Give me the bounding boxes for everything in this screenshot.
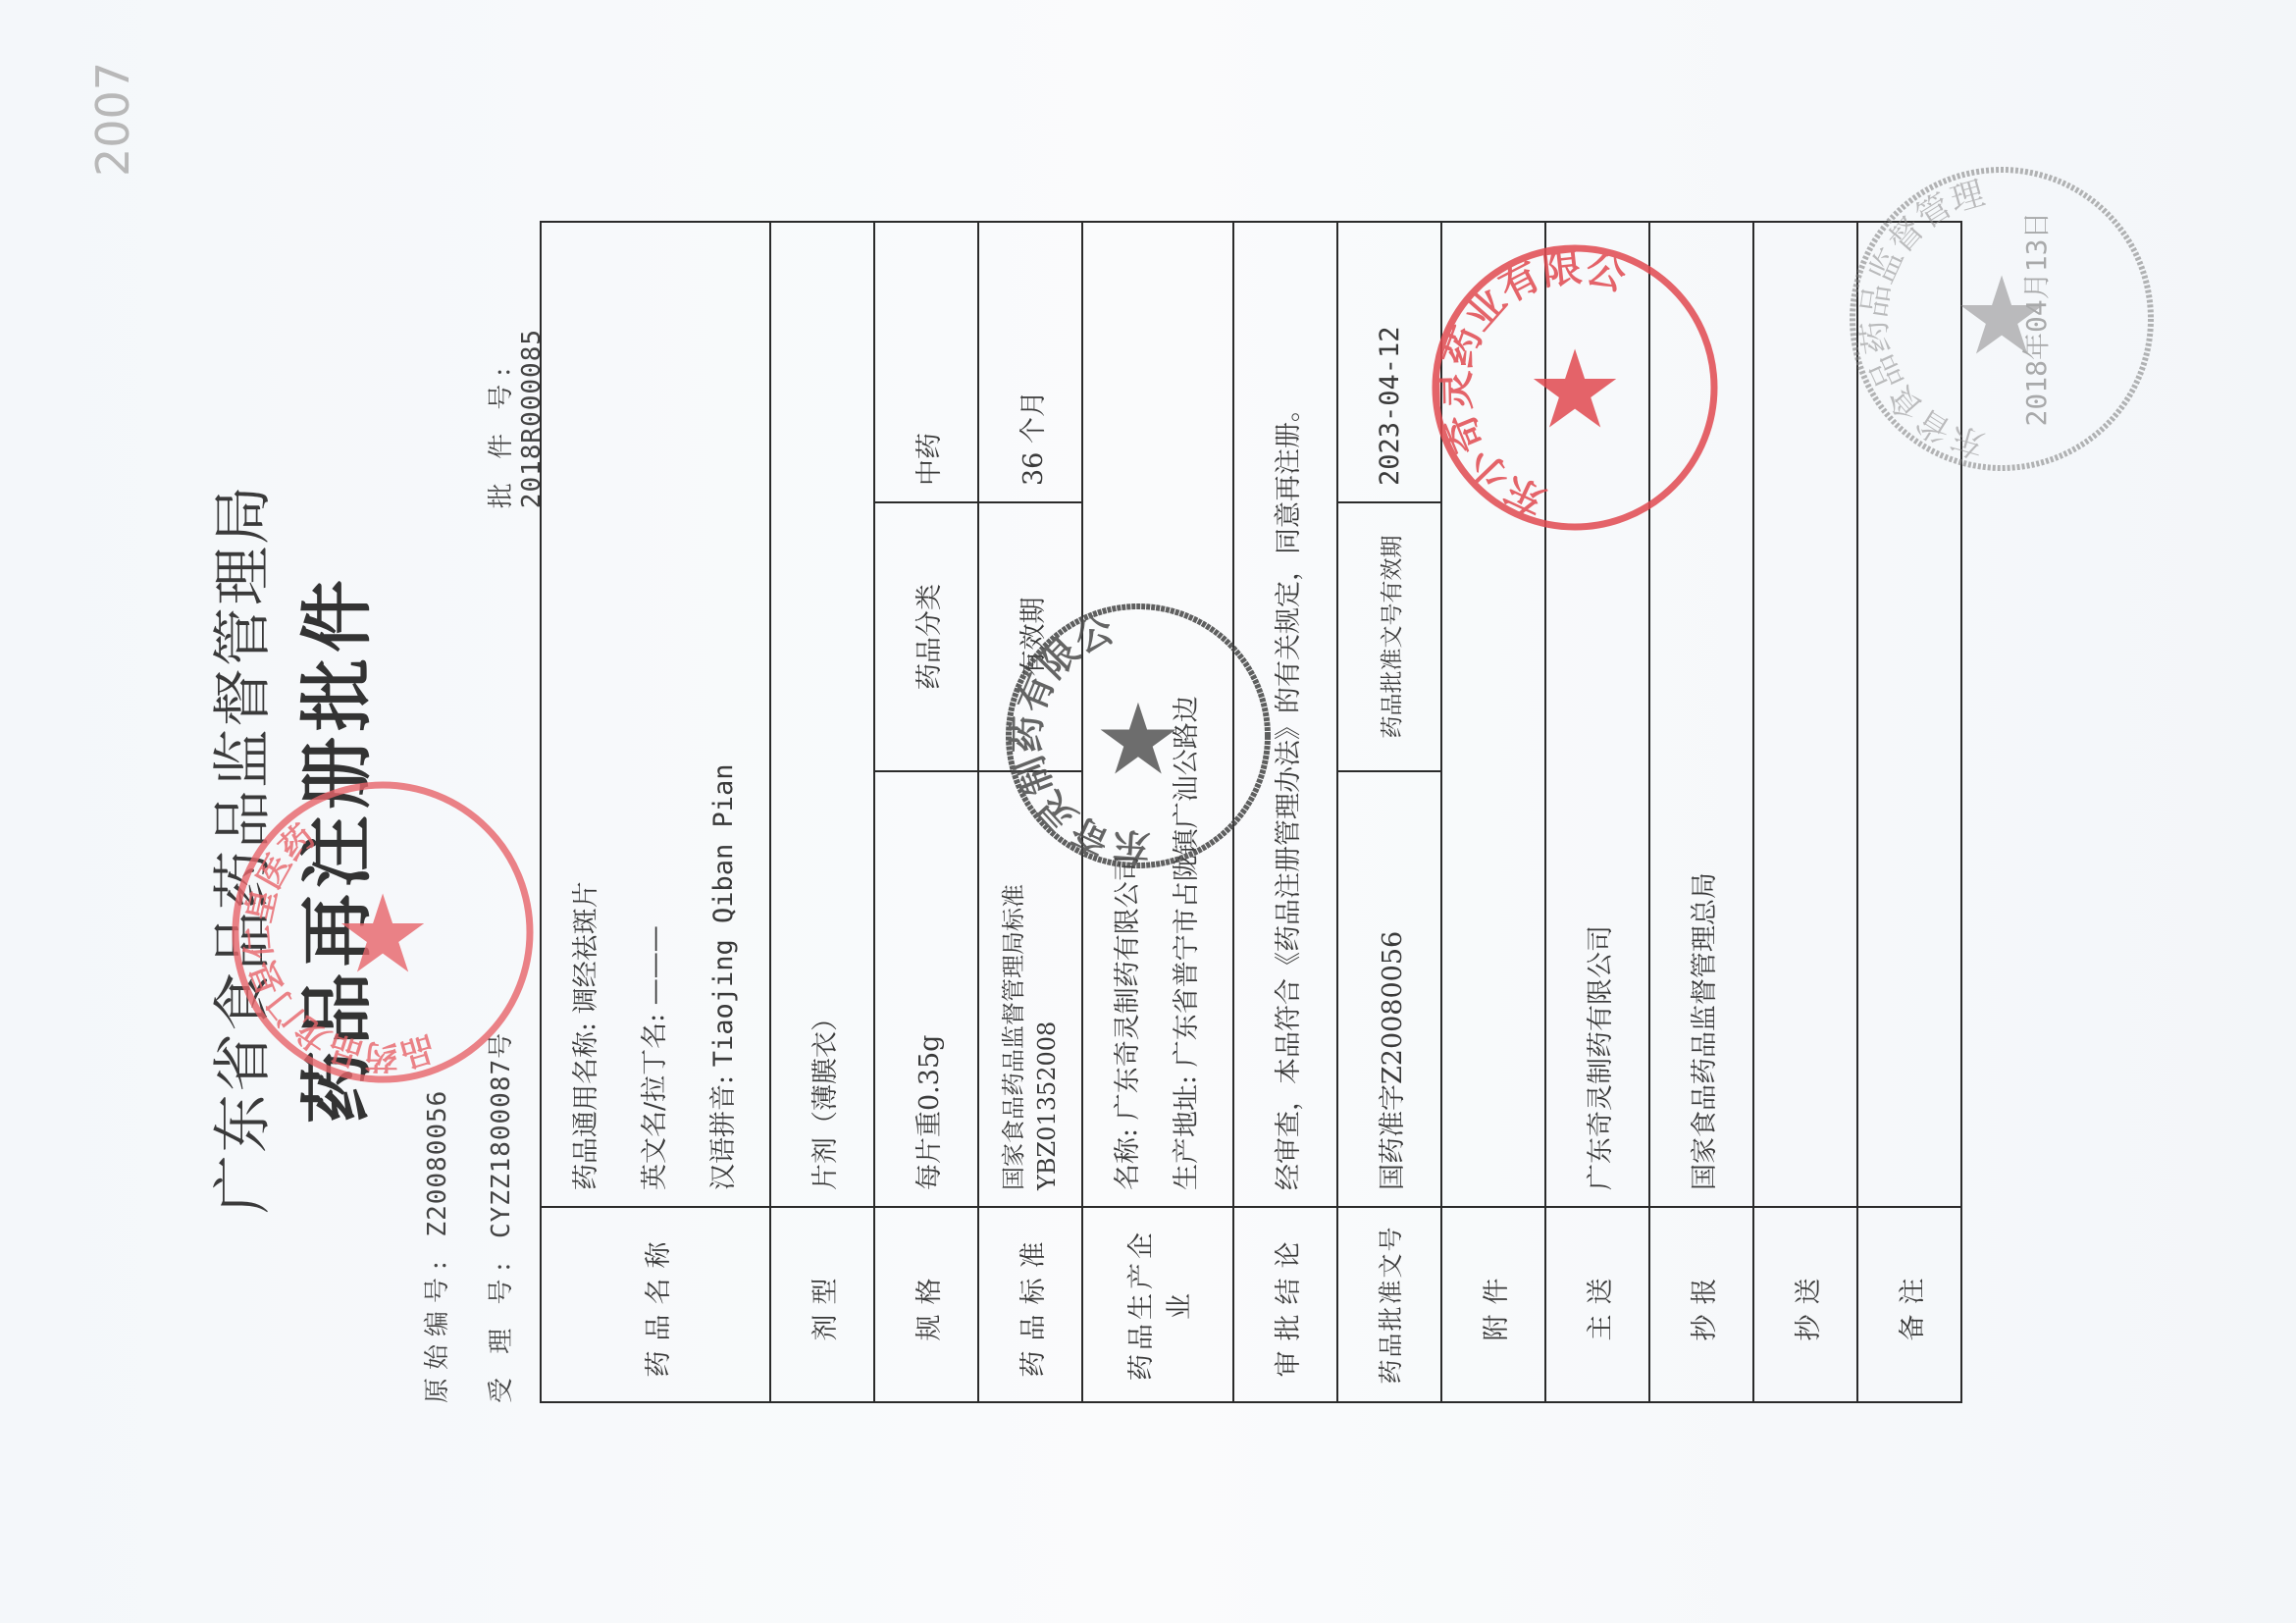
svg-text:2018年04月13日: 2018年04月13日 bbox=[2020, 212, 2053, 427]
approval-number: 批 件 号: 2018R000085 bbox=[481, 329, 547, 508]
specification: 每片重0.35g bbox=[875, 772, 977, 1206]
svg-text:★: ★ bbox=[1527, 327, 1624, 452]
company-seal-gray: 广东奇灵制药有限公司 ★ bbox=[1001, 599, 1276, 873]
svg-text:★: ★ bbox=[1094, 682, 1182, 797]
row-label: 药品名称 bbox=[541, 1207, 770, 1402]
manufacturer-name: 广东奇灵制药有限公司 bbox=[1113, 855, 1143, 1120]
table-row: 剂型 片剂（薄膜衣） bbox=[770, 222, 874, 1402]
generic-name: 调经祛斑片 bbox=[571, 881, 601, 1014]
company-seal-red: 广东小奇灵药业有限公司 ★ bbox=[1428, 240, 1722, 535]
distributor-seal-red: 广东省食品药品龙门县仁皇医药有限公司 ★ bbox=[226, 775, 540, 1089]
dosage-form: 片剂（薄膜衣） bbox=[770, 222, 874, 1207]
drug-category: 中药 bbox=[875, 223, 977, 501]
approval-valid-until: 2023-04-12 bbox=[1338, 223, 1440, 501]
handwritten-note: 2007 bbox=[49, 88, 177, 177]
pinyin-name: Tiaojing Qiban Pian bbox=[708, 763, 739, 1067]
row-value: 药品通用名称: 调经祛斑片 英文名/拉丁名: ——— 汉语拼音: Tiaojin… bbox=[541, 222, 770, 1207]
table-row: 药品名称 药品通用名称: 调经祛斑片 英文名/拉丁名: ——— 汉语拼音: Ti… bbox=[541, 222, 770, 1402]
shelf-life: 36 个月 bbox=[979, 223, 1081, 501]
table-row: 规格 每片重0.35g 药品分类 中药 bbox=[874, 222, 978, 1402]
approval-number-value: 国药准字Z20080056 bbox=[1338, 772, 1440, 1206]
table-row: 抄送 bbox=[1753, 222, 1857, 1402]
official-seal: 广东省食品药品监督管理局 ★ 2018年04月13日 bbox=[1845, 162, 2159, 476]
copy-send bbox=[1753, 222, 1857, 1207]
table-row: 药品批准文号 国药准字Z20080056 药品批准文号有效期 2023-04-1… bbox=[1337, 222, 1441, 1402]
svg-text:★: ★ bbox=[335, 871, 432, 997]
latin-name: ——— bbox=[640, 925, 670, 1005]
original-code: 原始编号: Z20080056 bbox=[417, 1090, 453, 1403]
